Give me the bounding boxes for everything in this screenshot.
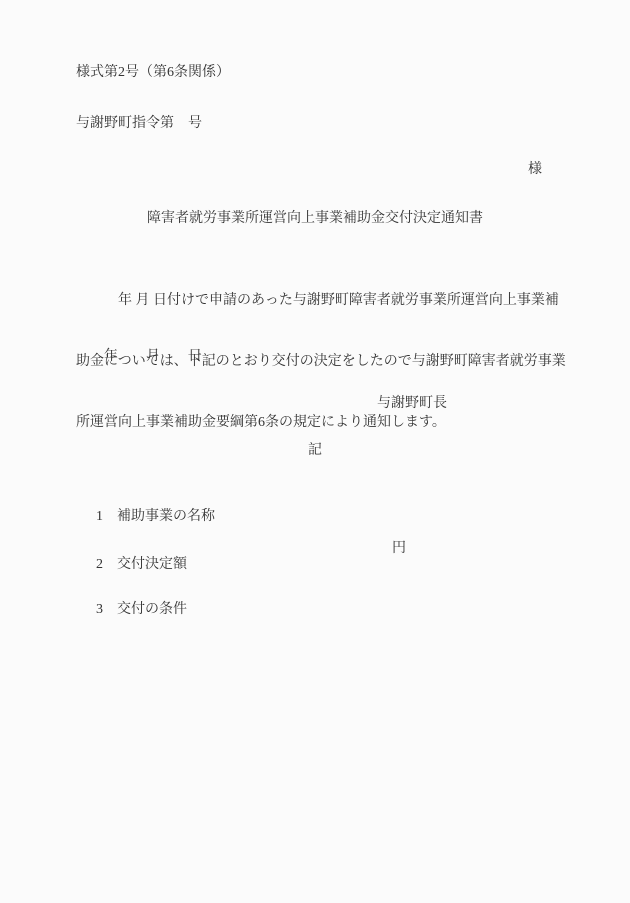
directive-number: 与謝野町指令第 号	[76, 115, 202, 133]
sender-name: 与謝野町長	[377, 395, 447, 413]
item-number: 1	[96, 509, 104, 525]
item-label: 交付の条件	[117, 602, 187, 617]
record-marker: 記	[0, 442, 630, 460]
item-label: 補助事業の名称	[117, 509, 215, 524]
list-item: 3交付の条件	[82, 582, 582, 650]
body-line: 所運営向上事業補助金要綱第6条の規定により通知します。	[76, 410, 576, 435]
form-number: 様式第2号（第6条関係）	[76, 64, 230, 82]
addressee-suffix: 様	[528, 161, 542, 179]
item-number: 3	[96, 602, 104, 618]
document-page: 様式第2号（第6条関係） 与謝野町指令第 号 様 障害者就労事業所運営向上事業補…	[0, 0, 630, 903]
item-label: 交付決定額	[117, 557, 187, 572]
item-number: 2	[96, 557, 104, 573]
document-title: 障害者就労事業所運営向上事業補助金交付決定通知書	[0, 210, 630, 228]
body-line: 年 月 日付けで申請のあった与謝野町障害者就労事業所運営向上事業補	[76, 288, 576, 313]
item-suffix: 円	[392, 537, 406, 557]
date-line: 年 月 日	[76, 348, 202, 366]
